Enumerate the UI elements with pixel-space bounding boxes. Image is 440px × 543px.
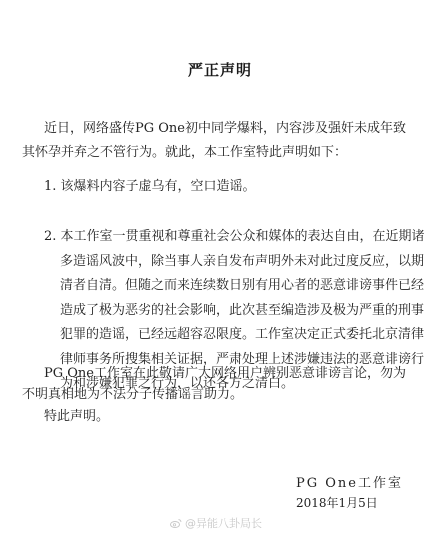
list-item-text: 该爆料内容子虚乌有，空口造谣。 bbox=[61, 179, 256, 194]
list-item: 1. 该爆料内容子虚乌有，空口造谣。 bbox=[44, 175, 430, 199]
closing-line: 特此声明。 bbox=[44, 405, 109, 429]
list-item-number: 1. bbox=[44, 179, 56, 194]
list-item-number: 2. bbox=[44, 229, 56, 244]
signature-name: PG One工作室 bbox=[296, 472, 403, 491]
intro-paragraph: 近日，网络盛传PG One初中同学爆料，内容涉及强奸未成年致其怀孕并弃之不管行为… bbox=[22, 117, 418, 165]
document-title: 严正声明 bbox=[0, 59, 440, 80]
watermark-text: @异能八卦局长 bbox=[185, 515, 262, 531]
weibo-icon bbox=[170, 518, 182, 528]
watermark: @异能八卦局长 bbox=[170, 515, 262, 531]
statement-document: 严正声明 近日，网络盛传PG One初中同学爆料，内容涉及强奸未成年致其怀孕并弃… bbox=[0, 0, 440, 543]
appeal-paragraph: PG One工作室在此敬请广大网络用户辨别恶意诽谤言论，勿为不明真相地为不法分子… bbox=[22, 363, 418, 405]
signature-date: 2018年1月5日 bbox=[296, 494, 378, 511]
